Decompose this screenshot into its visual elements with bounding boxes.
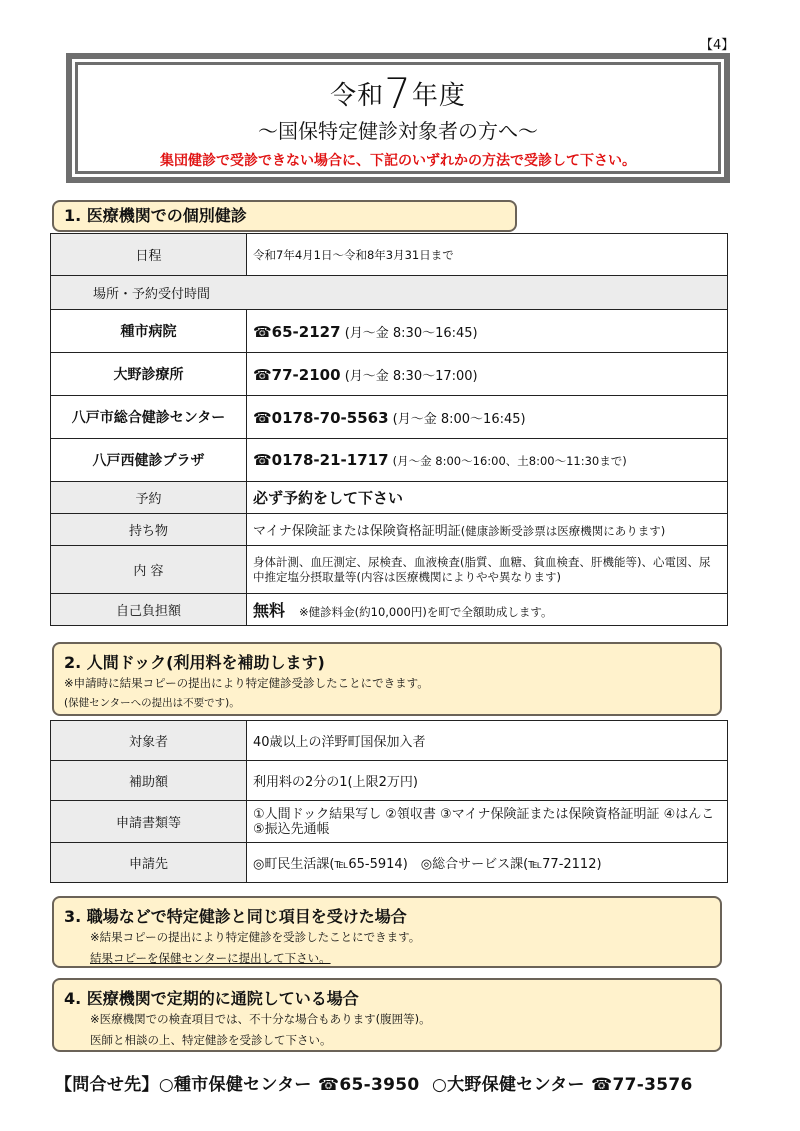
row-label: 申請先: [51, 843, 247, 883]
table-row: 予約 必ず予約をして下さい: [51, 482, 728, 514]
schedule-label: 日程: [51, 234, 247, 276]
table-row: 補助額 利用料の2分の1(上限2万円): [51, 761, 728, 801]
place-tel: ☎65-2127: [253, 323, 341, 341]
row-value: ①人間ドック結果写し ②領収書 ③マイナ保険証または保険資格証明証 ④はんこ ⑤…: [247, 801, 728, 843]
section3-header: 3. 職場などで特定健診と同じ項目を受けた場合 ※結果コピーの提出により特定健診…: [52, 896, 722, 968]
items-label: 持ち物: [51, 514, 247, 546]
page-title: 令和7年度: [78, 77, 718, 113]
contact-footer: 【問合せ先】○種市保健センター ☎65-3950 ○大野保健センター ☎77-3…: [55, 1070, 693, 1095]
table-row: 持ち物 マイナ保険証または保険資格証明証(健康診断受診票は医療機関にあります): [51, 514, 728, 546]
cost-value: 無料: [253, 601, 285, 620]
place-name: 八戸西健診プラザ: [51, 439, 247, 482]
place-name: 大野診療所: [51, 353, 247, 396]
section3-title: 3. 職場などで特定健診と同じ項目を受けた場合: [54, 904, 720, 927]
row-label: 対象者: [51, 721, 247, 761]
row-label: 補助額: [51, 761, 247, 801]
table-row: 申請書類等 ①人間ドック結果写し ②領収書 ③マイナ保険証または保険資格証明証 …: [51, 801, 728, 843]
contact-ono: ○大野保健センター ☎77-3576: [432, 1075, 693, 1095]
table-row: 日程 令和7年4月1日～令和8年3月31日まで: [51, 234, 728, 276]
section2-table: 対象者 40歳以上の洋野町国保加入者 補助額 利用料の2分の1(上限2万円) 申…: [50, 720, 728, 883]
place-hours: (月～金 8:30～17:00): [345, 369, 478, 384]
cost-label: 自己負担額: [51, 594, 247, 626]
place-hours: (月～金 8:00～16:45): [393, 412, 526, 427]
section1-header: 1. 医療機関での個別健診: [52, 200, 517, 232]
section3-note-underlined: 結果コピーを保健センターに提出して下さい。: [90, 951, 331, 965]
place-tel: ☎0178-70-5563: [253, 409, 389, 427]
section3-note: ※結果コピーの提出により特定健診を受診したことにできます。: [54, 929, 720, 945]
contact-label: 【問合せ先】: [55, 1075, 159, 1095]
section4-note: ※医療機関での検査項目では、不十分な場合もあります(腹囲等)。: [54, 1011, 720, 1027]
section1-title: 1. 医療機関での個別健診: [54, 202, 515, 230]
page-number: 【4】: [700, 34, 734, 53]
section1-table: 日程 令和7年4月1日～令和8年3月31日まで 場所・予約受付時間 種市病院 ☎…: [50, 233, 728, 626]
place-tel: ☎0178-21-1717: [253, 451, 389, 469]
place-hours: (月～金 8:30～16:45): [345, 326, 478, 341]
row-value: ◎町民生活課(℡65-5914) ◎総合サービス課(℡77-2112): [247, 843, 728, 883]
cost-note: ※健診料金(約10,000円)を町で全額助成します。: [299, 605, 552, 619]
title-year: 7: [384, 69, 412, 118]
section4-note: 医師と相談の上、特定健診を受診して下さい。: [54, 1032, 720, 1048]
reservation-label: 予約: [51, 482, 247, 514]
table-row: 内 容 身体計測、血圧測定、尿検査、血液検査(脂質、血糖、貧血検査、肝機能等)、…: [51, 546, 728, 594]
place-name: 種市病院: [51, 310, 247, 353]
table-row: 場所・予約受付時間: [51, 276, 728, 310]
table-row: 自己負担額 無料※健診料金(約10,000円)を町で全額助成します。: [51, 594, 728, 626]
place-name: 八戸市総合健診センター: [51, 396, 247, 439]
table-row: 対象者 40歳以上の洋野町国保加入者: [51, 721, 728, 761]
content-label: 内 容: [51, 546, 247, 594]
section2-header: 2. 人間ドック(利用料を補助します) ※申請時に結果コピーの提出により特定健診…: [52, 642, 722, 716]
place-hours: (月～金 8:00～16:00、土8:00～11:30まで): [393, 454, 627, 468]
table-row: 申請先 ◎町民生活課(℡65-5914) ◎総合サービス課(℡77-2112): [51, 843, 728, 883]
page-subtitle: ～国保特定健診対象者の方へ～: [78, 115, 718, 144]
place-tel: ☎77-2100: [253, 366, 341, 384]
section2-title: 2. 人間ドック(利用料を補助します): [54, 650, 720, 673]
section2-note: ※申請時に結果コピーの提出により特定健診受診したことにできます。: [54, 675, 720, 691]
items-note: (健康診断受診票は医療機関にあります): [461, 524, 665, 538]
row-value: 40歳以上の洋野町国保加入者: [247, 721, 728, 761]
table-row: 八戸市総合健診センター ☎0178-70-5563 (月～金 8:00～16:4…: [51, 396, 728, 439]
title-note: 集団健診で受診できない場合に、下記のいずれかの方法で受診して下さい。: [78, 150, 718, 170]
table-row: 大野診療所 ☎77-2100 (月～金 8:30～17:00): [51, 353, 728, 396]
title-prefix: 令和: [330, 81, 384, 111]
section4-header: 4. 医療機関で定期的に通院している場合 ※医療機関での検査項目では、不十分な場…: [52, 978, 722, 1052]
row-value: 利用料の2分の1(上限2万円): [247, 761, 728, 801]
content-value: 身体計測、血圧測定、尿検査、血液検査(脂質、血糖、貧血検査、肝機能等)、心電図、…: [247, 546, 728, 594]
schedule-value: 令和7年4月1日～令和8年3月31日まで: [247, 234, 728, 276]
title-suffix: 年度: [412, 81, 466, 111]
places-header: 場所・予約受付時間: [51, 276, 728, 310]
section2-note: (保健センターへの提出は不要です)。: [54, 695, 720, 710]
contact-tanesichi: ○種市保健センター ☎65-3950: [159, 1075, 420, 1095]
row-label: 申請書類等: [51, 801, 247, 843]
items-value: マイナ保険証または保険資格証明証: [253, 524, 461, 539]
section4-title: 4. 医療機関で定期的に通院している場合: [54, 986, 720, 1009]
table-row: 種市病院 ☎65-2127 (月～金 8:30～16:45): [51, 310, 728, 353]
reservation-value: 必ず予約をして下さい: [247, 482, 728, 514]
title-box: 令和7年度 ～国保特定健診対象者の方へ～ 集団健診で受診できない場合に、下記のい…: [66, 53, 730, 183]
table-row: 八戸西健診プラザ ☎0178-21-1717 (月～金 8:00～16:00、土…: [51, 439, 728, 482]
